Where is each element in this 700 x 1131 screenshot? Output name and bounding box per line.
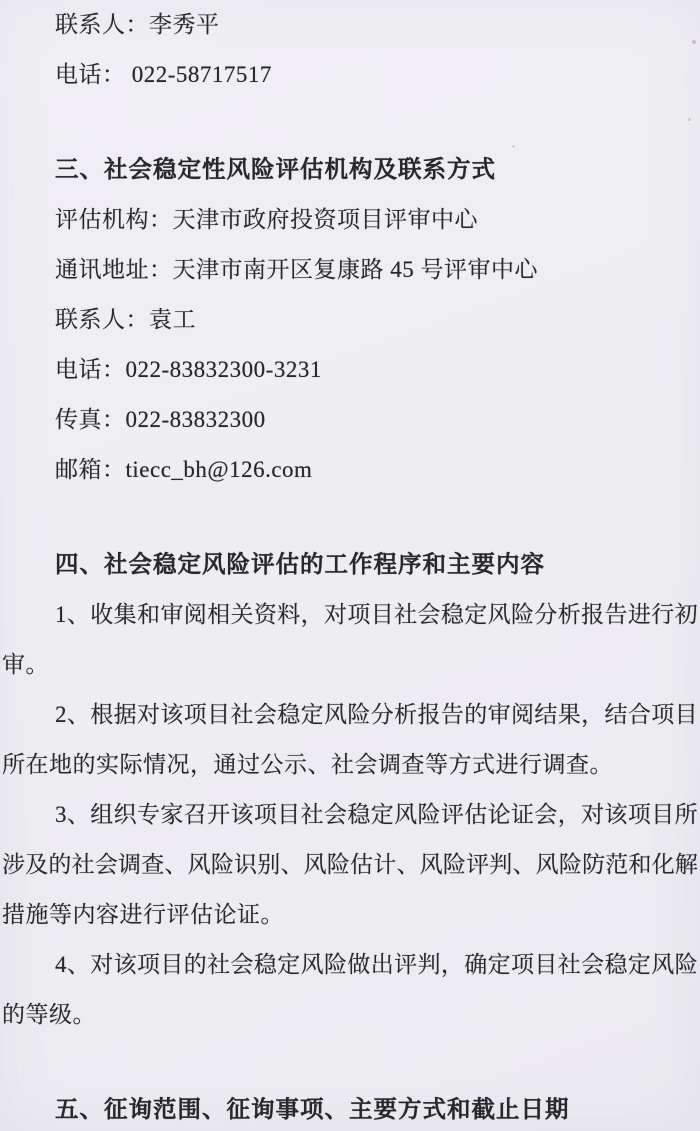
text-line: 电话： 022-58717517	[2, 50, 698, 100]
text-line: 1、收集和审阅相关资料，对项目社会稳定风险分析报告进行初	[2, 590, 698, 640]
section-heading: 四、社会稳定风险评估的工作程序和主要内容	[2, 540, 698, 590]
section-heading: 三、社会稳定性风险评估机构及联系方式	[2, 145, 698, 195]
text-line: 联系人：袁工	[2, 295, 698, 345]
text-line: 的等级。	[2, 990, 698, 1040]
text-line: 所在地的实际情况，通过公示、社会调查等方式进行调查。	[2, 740, 698, 790]
text-line: 邮箱：tiecc_bh@126.com	[2, 445, 698, 495]
text-line: 传真：022-83832300	[2, 395, 698, 445]
text-line: 审。	[2, 640, 698, 690]
text-line: 2、根据对该项目社会稳定风险分析报告的审阅结果，结合项目	[2, 690, 698, 740]
text-line: 评估机构：天津市政府投资项目评审中心	[2, 195, 698, 245]
section-heading: 五、征询范围、征询事项、主要方式和截止日期	[2, 1085, 698, 1131]
text-line: 电话：022-83832300-3231	[2, 345, 698, 395]
text-line: 措施等内容进行评估论证。	[2, 890, 698, 940]
text-line: 通讯地址：天津市南开区复康路 45 号评审中心	[2, 245, 698, 295]
document-text-body: 联系人：李秀平电话： 022-58717517三、社会稳定性风险评估机构及联系方…	[2, 0, 698, 1131]
scanned-document-page: 联系人：李秀平电话： 022-58717517三、社会稳定性风险评估机构及联系方…	[0, 0, 700, 1131]
text-line: 4、对该项目的社会稳定风险做出评判，确定项目社会稳定风险	[2, 940, 698, 990]
text-line: 联系人：李秀平	[2, 0, 698, 50]
text-line: 3、组织专家召开该项目社会稳定风险评估论证会，对该项目所	[2, 790, 698, 840]
text-line: 涉及的社会调查、风险识别、风险估计、风险评判、风险防范和化解	[2, 840, 698, 890]
